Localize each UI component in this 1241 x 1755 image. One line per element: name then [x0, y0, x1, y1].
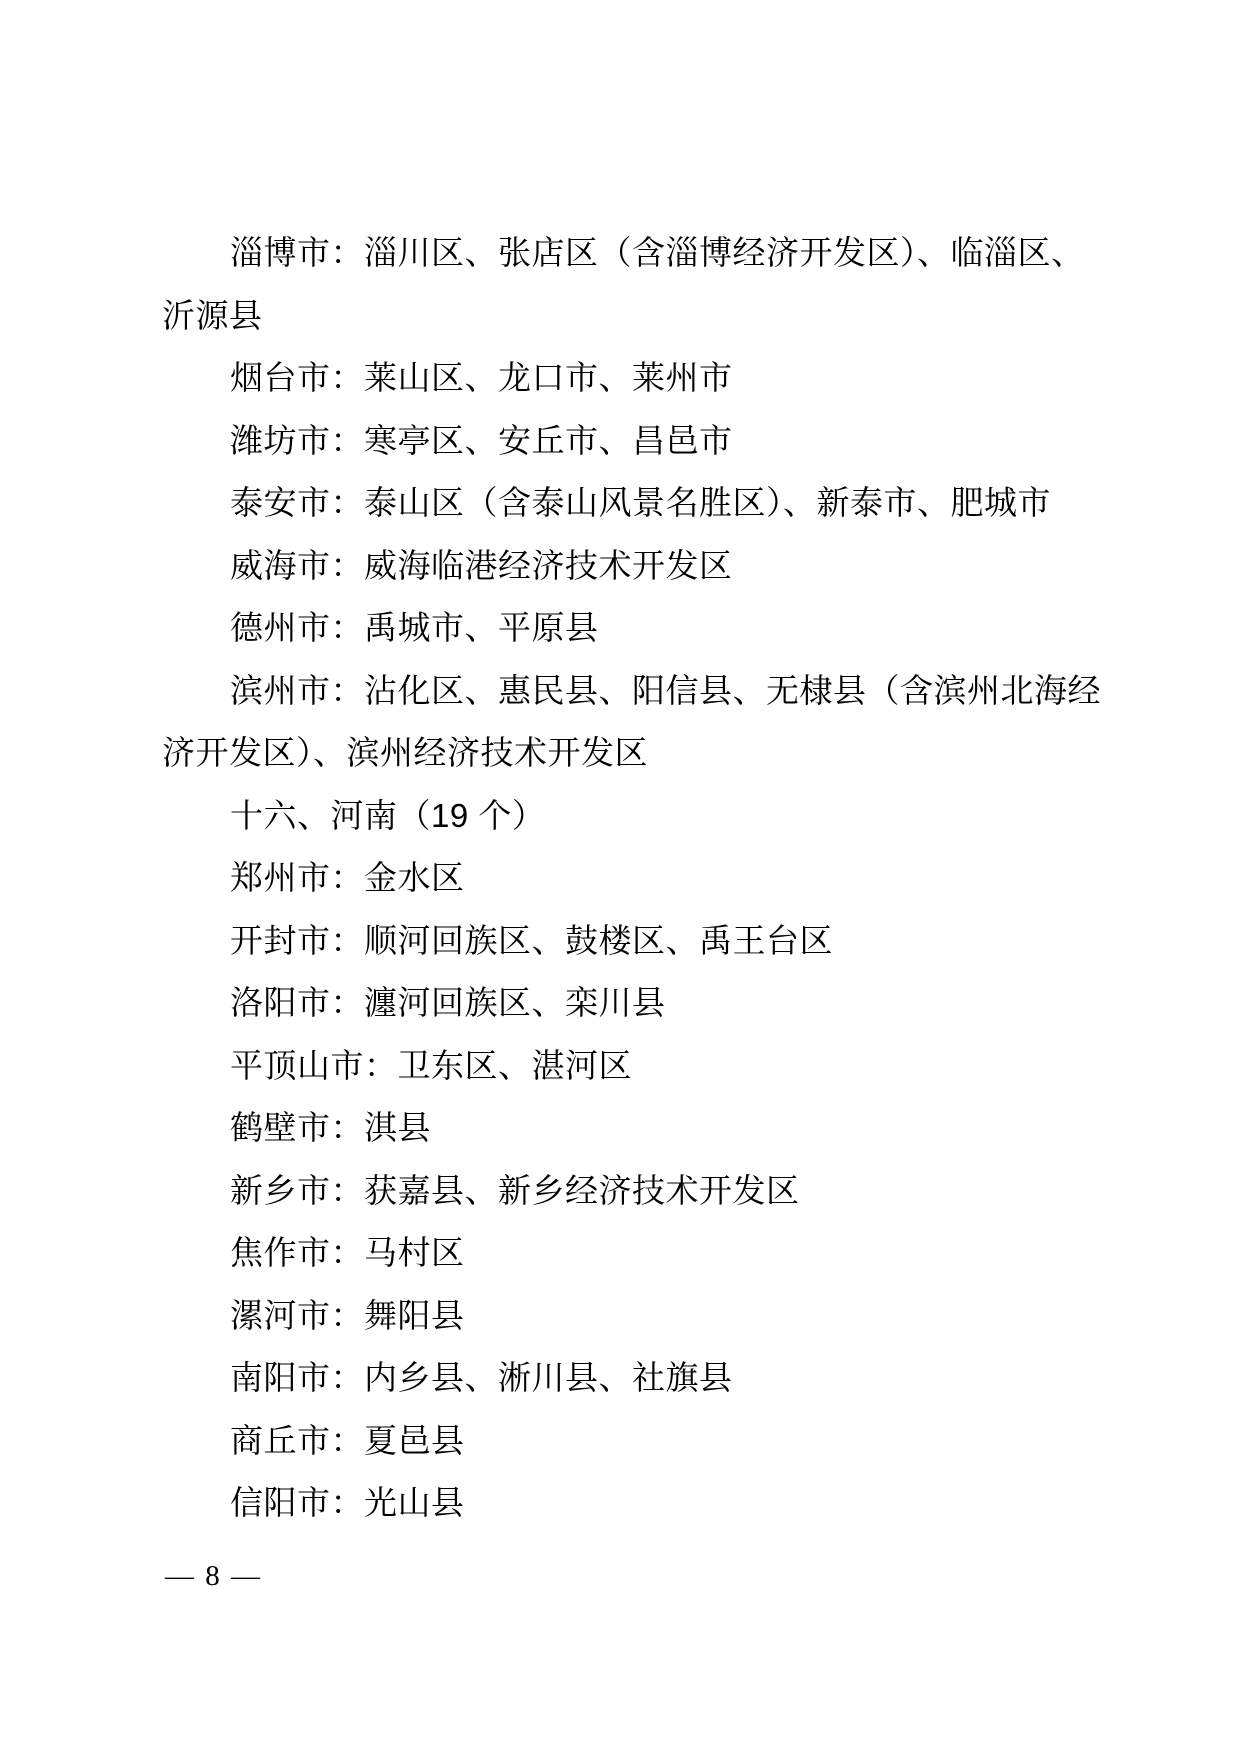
document-page: 淄博市：淄川区、张店区（含淄博经济开发区）、临淄区、 沂源县 烟台市：莱山区、龙…	[0, 0, 1241, 1755]
text-line: 漯河市：舞阳县	[162, 1285, 1092, 1348]
text-line: 潍坊市：寒亭区、安丘市、昌邑市	[162, 410, 1092, 473]
text-line: 焦作市：马村区	[162, 1222, 1092, 1285]
text-line: 威海市：威海临港经济技术开发区	[162, 535, 1092, 598]
text-line: 开封市：顺河回族区、鼓楼区、禹王台区	[162, 910, 1092, 973]
text-line: 洛阳市：瀍河回族区、栾川县	[162, 972, 1092, 1035]
text-line: 德州市：禹城市、平原县	[162, 597, 1092, 660]
section-heading: 十六、河南（19 个）	[162, 785, 1092, 848]
text-line: 泰安市：泰山区（含泰山风景名胜区）、新泰市、肥城市	[162, 472, 1092, 535]
text-line: 滨州市：沾化区、惠民县、阳信县、无棣县（含滨州北海经	[162, 660, 1092, 723]
text-line: 商丘市：夏邑县	[162, 1410, 1092, 1473]
text-line: 烟台市：莱山区、龙口市、莱州市	[162, 347, 1092, 410]
text-line: 沂源县	[162, 285, 1092, 348]
text-line: 新乡市：获嘉县、新乡经济技术开发区	[162, 1160, 1092, 1223]
text-line: 平顶山市：卫东区、湛河区	[162, 1035, 1092, 1098]
text-line: 郑州市：金水区	[162, 847, 1092, 910]
text-line: 信阳市：光山县	[162, 1472, 1092, 1535]
text-line: 淄博市：淄川区、张店区（含淄博经济开发区）、临淄区、	[162, 222, 1092, 285]
document-body: 淄博市：淄川区、张店区（含淄博经济开发区）、临淄区、 沂源县 烟台市：莱山区、龙…	[162, 222, 1092, 1535]
text-line: 鹤壁市：淇县	[162, 1097, 1092, 1160]
page-number: — 8 —	[165, 1556, 262, 1596]
text-line: 济开发区）、滨州经济技术开发区	[162, 722, 1092, 785]
text-line: 南阳市：内乡县、淅川县、社旗县	[162, 1347, 1092, 1410]
